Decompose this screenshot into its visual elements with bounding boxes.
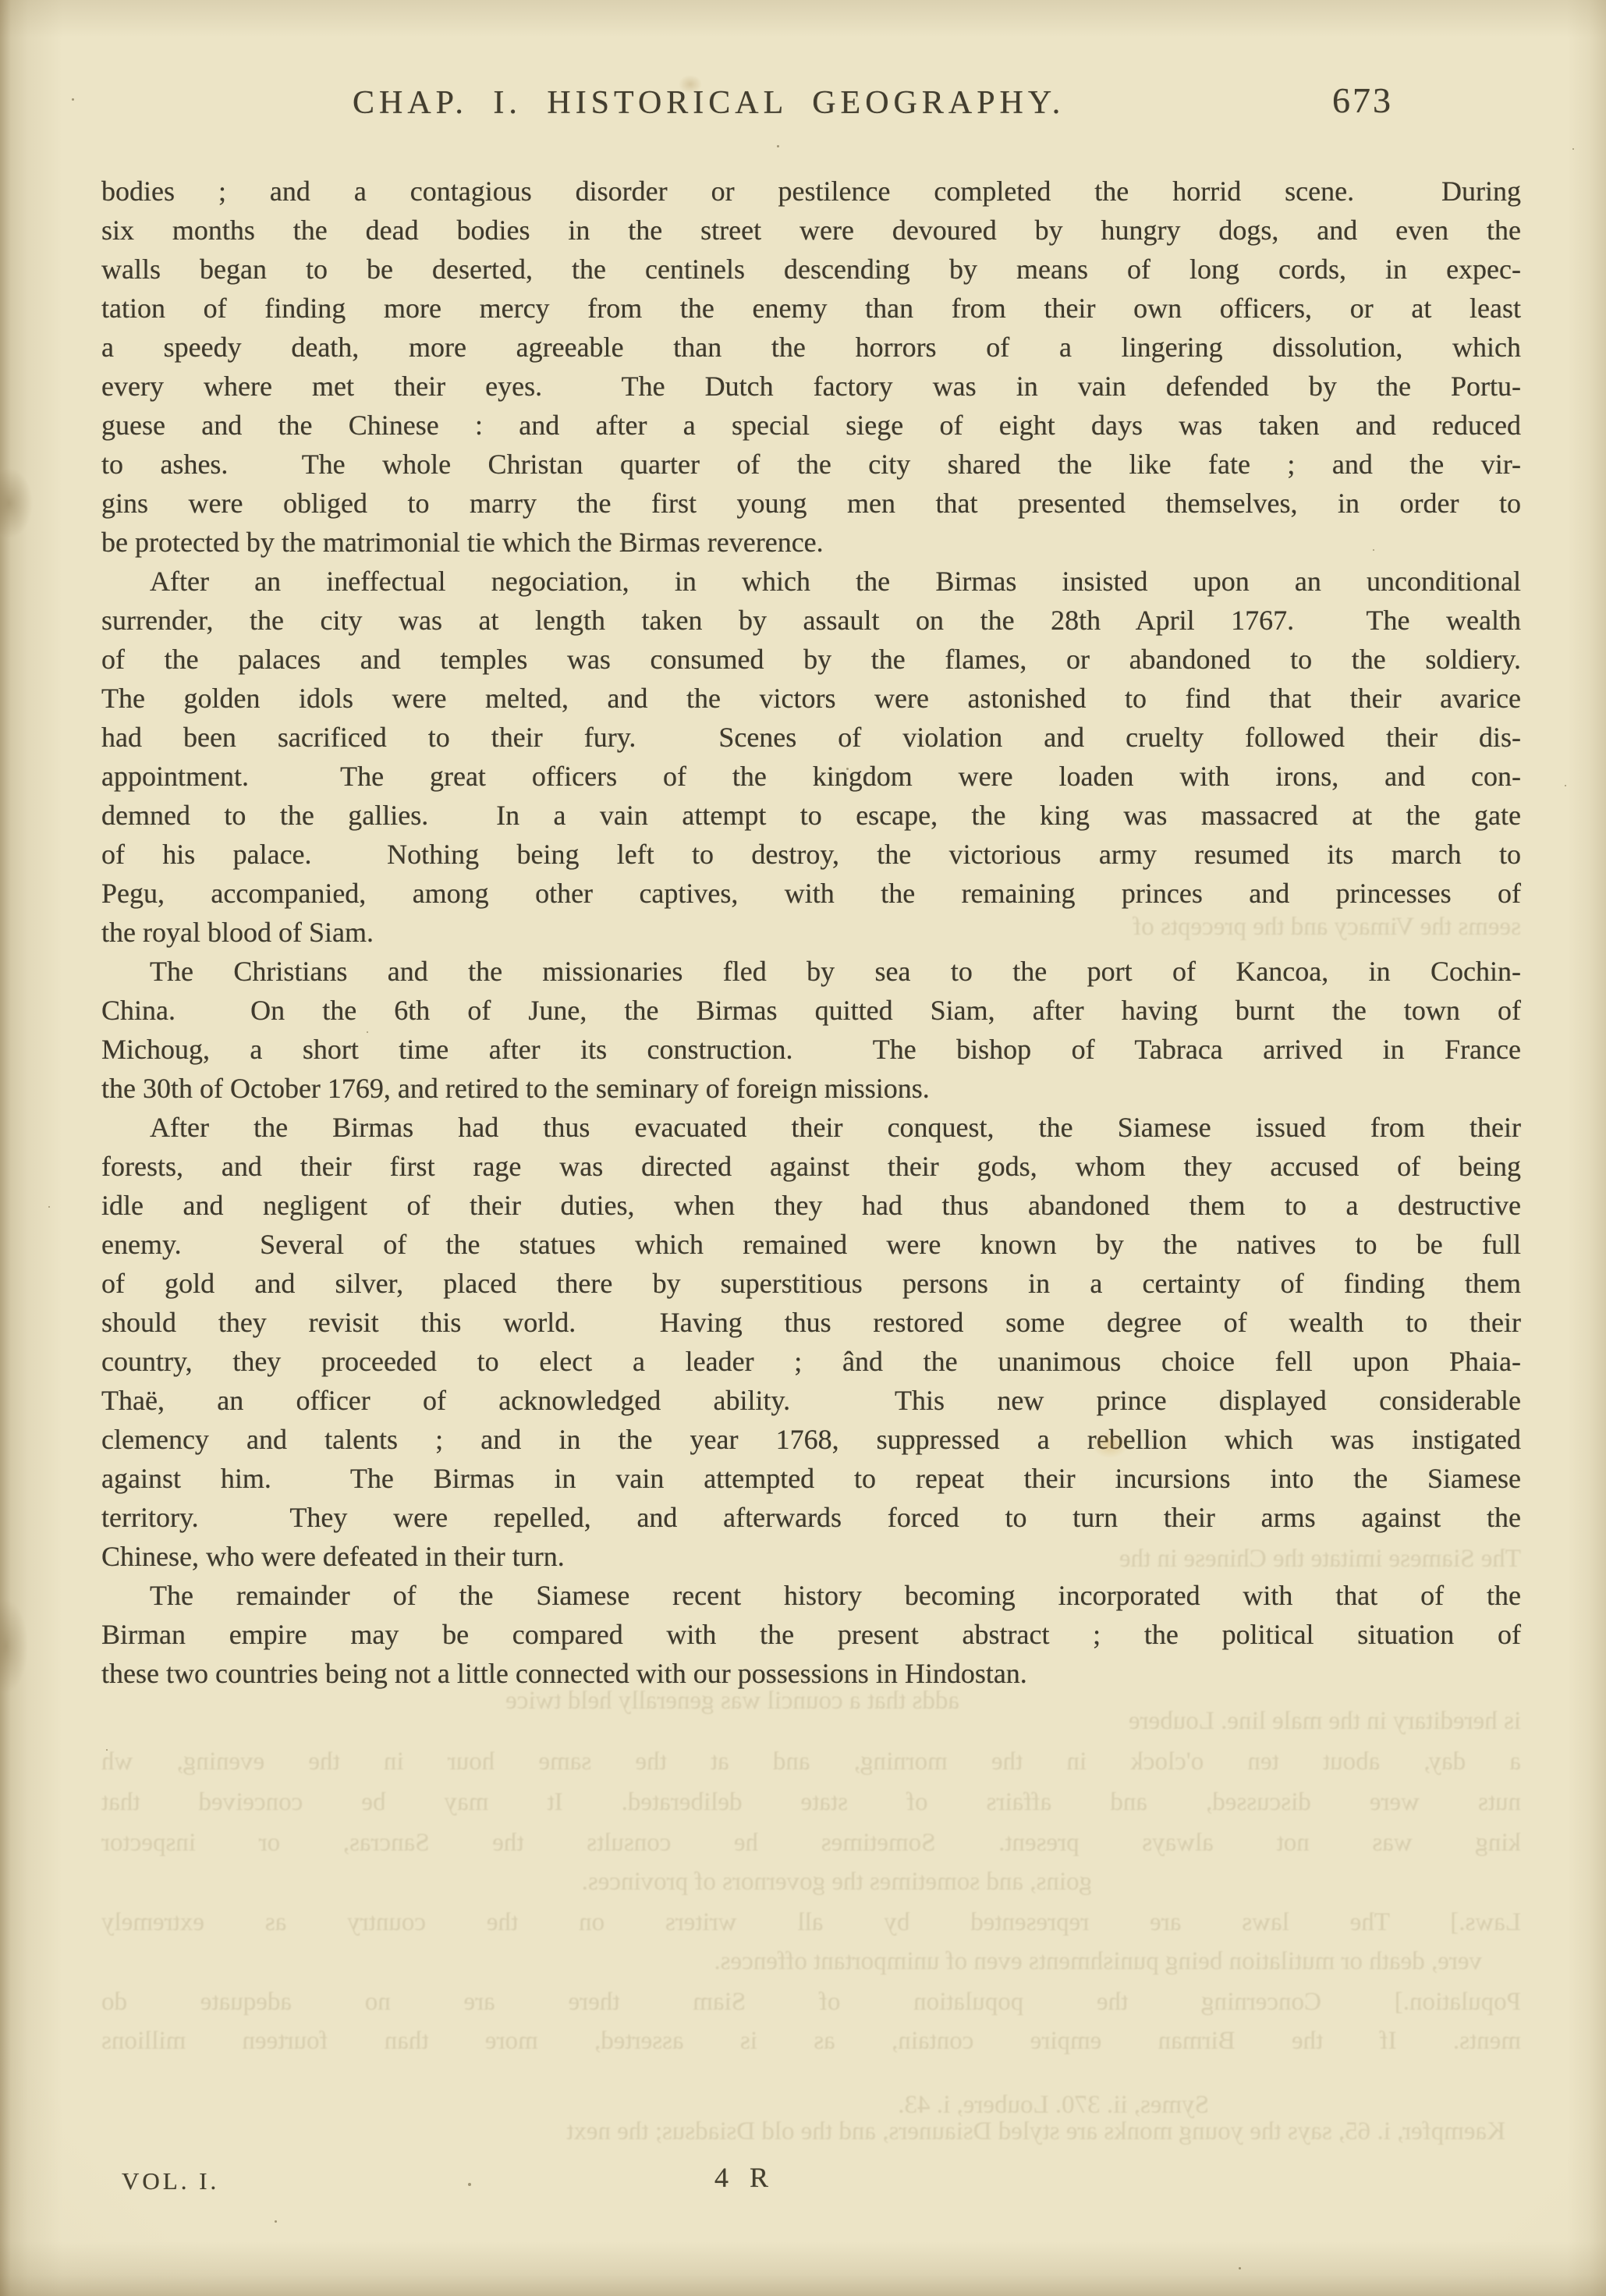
paper-speck: [1572, 148, 1574, 150]
text-line: bodies ; and a contagious disorder or pe…: [101, 172, 1521, 211]
text-line: demned to the gallies. In a vain attempt…: [101, 796, 1521, 835]
text-line: against him. The Birmas in vain attempte…: [101, 1459, 1521, 1498]
text-line: After an ineffectual negociation, in whi…: [101, 562, 1521, 601]
show-through-line: ments. If the Birman empire contain, as …: [101, 2025, 1521, 2056]
show-through-line: nuts were discussed, and affairs of stat…: [101, 1787, 1521, 1818]
show-through-line: a day, about ten o'clock in the morning,…: [101, 1746, 1521, 1777]
text-line: be protected by the matrimonial tie whic…: [101, 523, 1521, 562]
text-block: bodies ; and a contagious disorder or pe…: [101, 172, 1521, 1693]
text-line: Michoug, a short time after its construc…: [101, 1030, 1521, 1069]
show-through-line: Population.] Concerning the population o…: [101, 1986, 1521, 2017]
text-line: Birman empire may be compared with the p…: [101, 1615, 1521, 1654]
text-line: idle and negligent of their duties, when…: [101, 1186, 1521, 1225]
text-line: of his palace. Nothing being left to des…: [101, 835, 1521, 874]
text-line: tation of finding more mercy from the en…: [101, 289, 1521, 328]
show-through-line: king was not always present. Sometimes h…: [101, 1827, 1521, 1858]
text-line: appointment. The great officers of the k…: [101, 757, 1521, 796]
text-line: should they revisit this world. Having t…: [101, 1303, 1521, 1342]
book-page: seems the Vimacy and the precepts ofThe …: [0, 0, 1606, 2296]
paper-stain: [0, 1599, 28, 1693]
text-line: walls began to be deserted, the centinel…: [101, 250, 1521, 289]
text-line: six months the dead bodies in the street…: [101, 211, 1521, 250]
text-line: the royal blood of Siam.: [101, 913, 1521, 952]
text-line: gins were obliged to marry the first you…: [101, 484, 1521, 523]
text-line: The remainder of the Siamese recent hist…: [101, 1576, 1521, 1615]
text-line: China. On the 6th of June, the Birmas qu…: [101, 991, 1521, 1030]
paper-speck: [106, 1749, 108, 1751]
paper-stain: [0, 468, 33, 538]
paragraph: After the Birmas had thus evacuated thei…: [101, 1108, 1521, 1576]
text-line: of gold and silver, placed there by supe…: [101, 1264, 1521, 1303]
show-through-line: Kaempfer, i. 65, says the young monks ar…: [117, 2116, 1505, 2147]
text-line: Pegu, accompanied, among other captives,…: [101, 874, 1521, 913]
paper-speck: [777, 145, 779, 147]
show-through-line: vere, death or mutilation being punishme…: [187, 1946, 1482, 1977]
show-through-line: Symes, ii. 370. Loubere, i. 43.: [663, 2089, 1209, 2120]
paper-speck: [72, 98, 74, 101]
signature-mark: 4 R: [714, 2161, 775, 2194]
text-line: The golden idols were melted, and the vi…: [101, 679, 1521, 718]
text-line: to ashes. The whole Christan quarter of …: [101, 445, 1521, 484]
text-line: had been sacrificed to their fury. Scene…: [101, 718, 1521, 757]
paragraph: The Christians and the missionaries fled…: [101, 952, 1521, 1108]
paragraph: After an ineffectual negociation, in whi…: [101, 562, 1521, 952]
paper-speck: [468, 2183, 471, 2186]
show-through-line: is hereditary in the male line. Loubere: [827, 1705, 1521, 1737]
paper-speck: [275, 2220, 277, 2223]
text-line: clemency and talents ; and in the year 1…: [101, 1420, 1521, 1459]
paper-speck: [1565, 785, 1566, 786]
text-line: territory. They were repelled, and after…: [101, 1498, 1521, 1537]
text-line: The Christians and the missionaries fled…: [101, 952, 1521, 991]
page-number: 673: [1332, 80, 1393, 121]
text-line: a speedy death, more agreeable than the …: [101, 328, 1521, 367]
text-line: guese and the Chinese : and after a spec…: [101, 406, 1521, 445]
text-line: of the palaces and temples was consumed …: [101, 640, 1521, 679]
text-line: the 30th of October 1769, and retired to…: [101, 1069, 1521, 1108]
text-line: Thaë, an officer of acknowledged ability…: [101, 1381, 1521, 1420]
text-line: After the Birmas had thus evacuated thei…: [101, 1108, 1521, 1147]
paragraph: The remainder of the Siamese recent hist…: [101, 1576, 1521, 1693]
footer-volume-label: VOL. I.: [122, 2167, 219, 2195]
text-line: these two countries being not a little c…: [101, 1654, 1521, 1693]
text-line: country, they proceeded to elect a leade…: [101, 1342, 1521, 1381]
show-through-line: Laws.] The laws are represented by all w…: [101, 1907, 1521, 1938]
running-title: CHAP. I. HISTORICAL GEOGRAPHY.: [353, 84, 1065, 122]
text-line: enemy. Several of the statues which rema…: [101, 1225, 1521, 1264]
text-line: Chinese, who were defeated in their turn…: [101, 1537, 1521, 1576]
text-line: surrender, the city was at length taken …: [101, 601, 1521, 640]
paper-speck: [48, 1206, 50, 1208]
text-line: every where met their eyes. The Dutch fa…: [101, 367, 1521, 406]
show-through-line: goins, and sometimes the governors of pr…: [499, 1866, 1092, 1897]
paper-speck: [1239, 2267, 1241, 2269]
paragraph: bodies ; and a contagious disorder or pe…: [101, 172, 1521, 562]
text-line: forests, and their first rage was direct…: [101, 1147, 1521, 1186]
